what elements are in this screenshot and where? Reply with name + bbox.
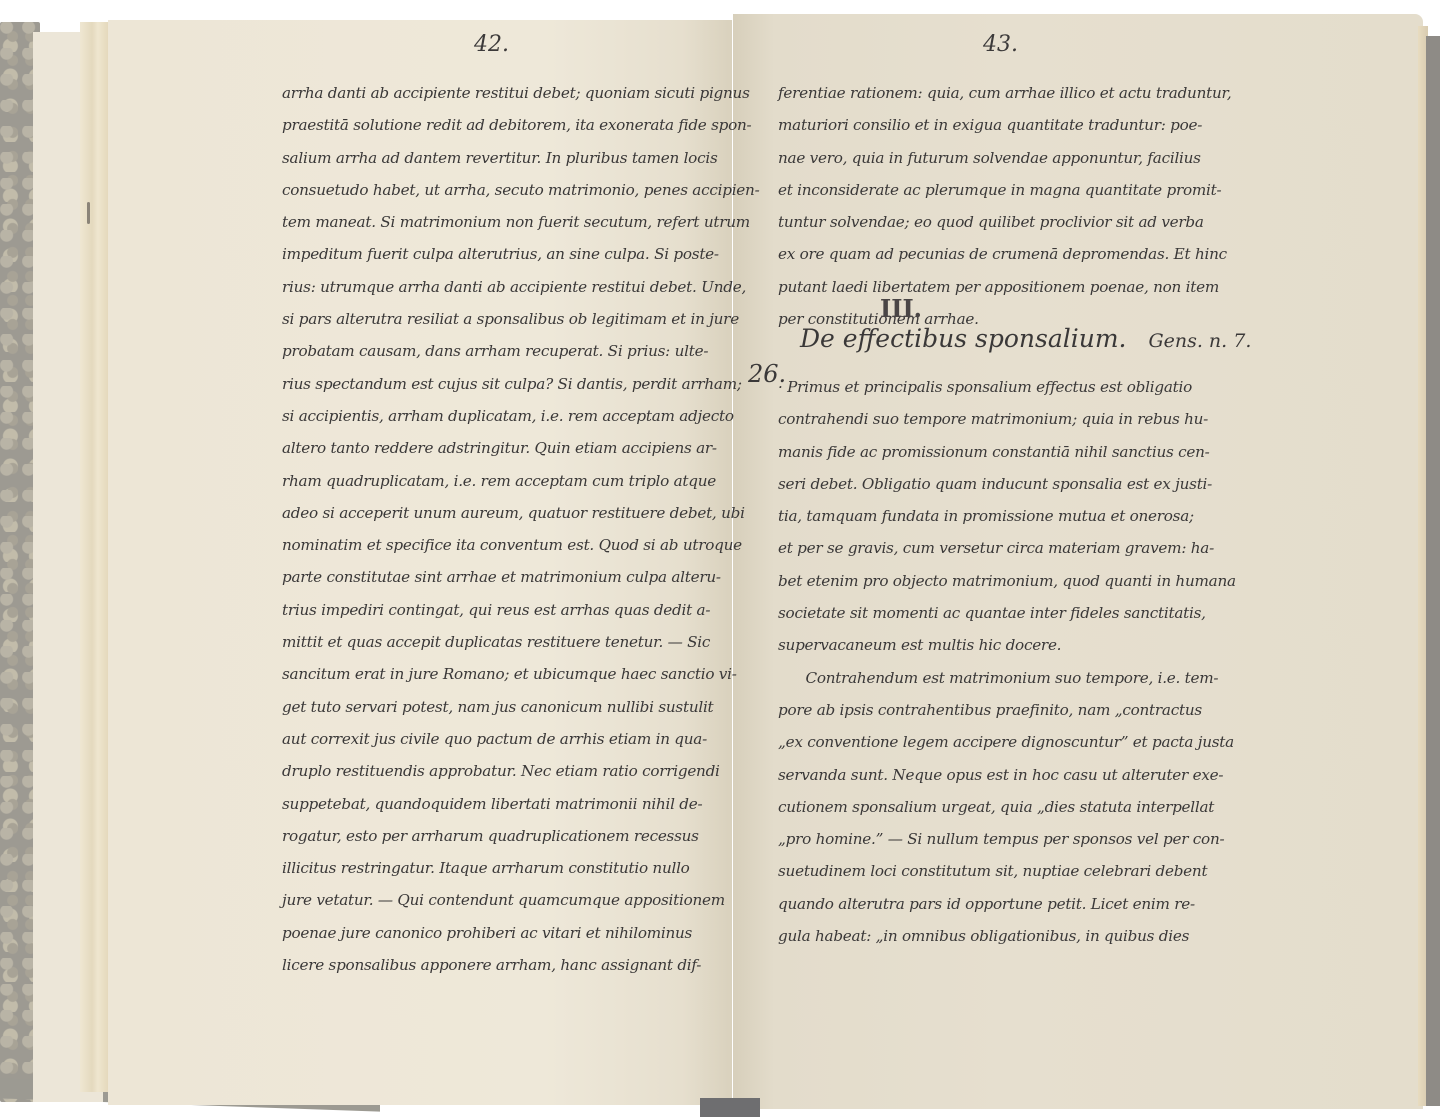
text-line: si accipientis, arrham duplicatam, i.e. … xyxy=(282,400,722,432)
text-line: societate sit momenti ac quantae inter f… xyxy=(778,597,1218,629)
section-title: De effectibus sponsalium. xyxy=(800,324,1126,353)
text-line: seri debet. Obligatio quam inducunt spon… xyxy=(778,468,1218,500)
text-line: impeditum fuerit culpa alterutrius, an s… xyxy=(282,238,722,270)
text-line: parte constitutae sint arrhae et matrimo… xyxy=(282,561,722,593)
text-line: manis fide ac promissionum constantiā ni… xyxy=(778,436,1218,468)
text-line: illicitus restringatur. Itaque arrharum … xyxy=(282,852,722,884)
text-line: tuntur solvendae; eo quod quilibet procl… xyxy=(778,206,1218,238)
text-line: tem maneat. Si matrimonium non fuerit se… xyxy=(282,206,722,238)
text-line: praestitā solutione redit ad debitorem, … xyxy=(282,109,722,141)
text-line: probatam causam, dans arrham recuperat. … xyxy=(282,335,722,367)
text-line: „pro homine.” — Si nullum tempus per spo… xyxy=(778,823,1218,855)
text-line: quando alterutra pars id opportune petit… xyxy=(778,888,1218,920)
section-reference: Gens. n. 7. xyxy=(1148,330,1251,352)
text-line: nominatim et specifice ita conventum est… xyxy=(282,529,722,561)
section-number: III. xyxy=(880,294,922,323)
text-line: altero tanto reddere adstringitur. Quin … xyxy=(282,432,722,464)
left-page-text: arrha danti ab accipiente restitui debet… xyxy=(282,77,722,981)
text-line: bet etenim pro objecto matrimonium, quod… xyxy=(778,565,1218,597)
text-line: arrha danti ab accipiente restitui debet… xyxy=(282,77,722,109)
text-line: licere sponsalibus apponere arrham, hanc… xyxy=(282,949,722,981)
right-page-text-top: ferentiae rationem: quia, cum arrhae ill… xyxy=(778,77,1218,335)
text-line: maturiori consilio et in exigua quantita… xyxy=(778,109,1218,141)
cover-right xyxy=(1426,36,1440,1106)
text-line: druplo restituendis approbatur. Nec etia… xyxy=(282,755,722,787)
page-stack-left xyxy=(80,22,110,1092)
section-heading: De effectibus sponsalium. Gens. n. 7. xyxy=(800,324,1251,353)
text-line: adeo si acceperit unum aureum, quatuor r… xyxy=(282,497,722,529)
text-line: poenae jure canonico prohiberi ac vitari… xyxy=(282,917,722,949)
text-line: nae vero, quia in futurum solvendae appo… xyxy=(778,142,1218,174)
text-line: contrahendi suo tempore matrimonium; qui… xyxy=(778,403,1218,435)
text-line: ferentiae rationem: quia, cum arrhae ill… xyxy=(778,77,1218,109)
text-line: · Primus et principalis sponsalium effec… xyxy=(778,371,1218,403)
text-line: „ex conventione legem accipere dignoscun… xyxy=(778,726,1218,758)
text-line: sancitum erat in jure Romano; et ubicumq… xyxy=(282,658,722,690)
text-line: gula habeat: „in omnibus obligationibus,… xyxy=(778,920,1218,952)
spine-bottom xyxy=(700,1098,760,1117)
text-line: salium arrha ad dantem revertitur. In pl… xyxy=(282,142,722,174)
text-line: putant laedi libertatem per appositionem… xyxy=(778,271,1218,303)
text-line: rius spectandum est cujus sit culpa? Si … xyxy=(282,368,722,400)
text-line: rham quadruplicatam, i.e. rem acceptam c… xyxy=(282,465,722,497)
text-line: tia, tamquam fundata in promissione mutu… xyxy=(778,500,1218,532)
page-number-right: 43. xyxy=(983,32,1018,57)
text-line: cutionem sponsalium urgeat, quia „dies s… xyxy=(778,791,1218,823)
text-line: get tuto servari potest, nam jus canonic… xyxy=(282,691,722,723)
text-line: supervacaneum est multis hic docere. xyxy=(778,629,1218,661)
text-line: jure vetatur. — Qui contendunt quamcumqu… xyxy=(282,884,722,916)
text-line: suetudinem loci constitutum sit, nuptiae… xyxy=(778,855,1218,887)
text-line: suppetebat, quandoquidem libertati matri… xyxy=(282,788,722,820)
right-page-text-body: · Primus et principalis sponsalium effec… xyxy=(778,371,1218,952)
text-line: rogatur, esto per arrharum quadruplicati… xyxy=(282,820,722,852)
text-line: si pars alterutra resiliat a sponsalibus… xyxy=(282,303,722,335)
margin-pencil-mark xyxy=(87,202,90,224)
text-line: aut correxit jus civile quo pactum de ar… xyxy=(282,723,722,755)
text-line: et per se gravis, cum versetur circa mat… xyxy=(778,532,1218,564)
text-line: Contrahendum est matrimonium suo tempore… xyxy=(778,662,1218,694)
text-line: rius: utrumque arrha danti ab accipiente… xyxy=(282,271,722,303)
text-line: ex ore quam ad pecunias de crumenā depro… xyxy=(778,238,1218,270)
text-line: et inconsiderate ac plerumque in magna q… xyxy=(778,174,1218,206)
text-line: trius impediri contingat, qui reus est a… xyxy=(282,594,722,626)
page-number-left: 42. xyxy=(474,32,509,57)
text-line: pore ab ipsis contrahentibus praefinito,… xyxy=(778,694,1218,726)
text-line: mittit et quas accepit duplicatas restit… xyxy=(282,626,722,658)
text-line: servanda sunt. Neque opus est in hoc cas… xyxy=(778,759,1218,791)
text-line: consuetudo habet, ut arrha, secuto matri… xyxy=(282,174,722,206)
